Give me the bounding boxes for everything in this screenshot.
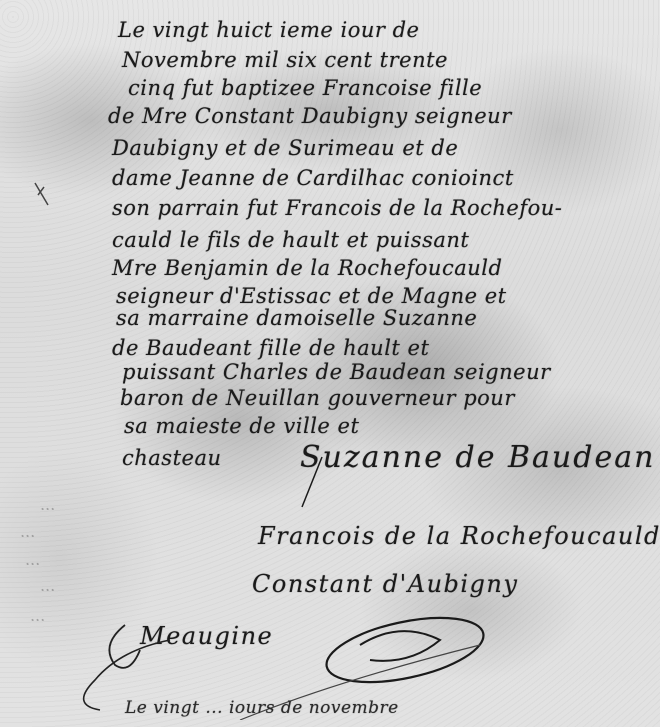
next-record-line: Le vingt ... iours de novembre <box>125 698 399 718</box>
record-line: Daubigny et de Surimeau et de <box>112 136 458 160</box>
record-line: chasteau <box>122 446 222 470</box>
record-line: cauld le fils de hault et puissant <box>112 228 469 252</box>
record-line: Le vingt huict ieme iour de <box>118 18 419 42</box>
bleedthrough-line: ... <box>25 550 40 569</box>
manuscript-page: ... ... ... ... ... Le vingt huict ieme … <box>0 0 660 727</box>
bleedthrough-line: ... <box>40 495 55 514</box>
record-line: puissant Charles de Baudean seigneur <box>122 360 551 384</box>
record-line: baron de Neuillan gouverneur pour <box>120 386 515 410</box>
record-line: dame Jeanne de Cardilhac conioinct <box>112 166 514 190</box>
record-line: sa maieste de ville et <box>124 414 359 438</box>
record-line: son parrain fut Francois de la Rochefou- <box>112 196 562 220</box>
record-line: de Mre Constant Daubigny seigneur <box>108 104 512 128</box>
signature-suzanne-de-baudean: Suzanne de Baudean <box>300 440 655 475</box>
bleedthrough-line: ... <box>20 522 35 541</box>
record-line: seigneur d'Estissac et de Magne et <box>116 284 507 308</box>
signature-constant-daubigny: Constant d'Aubigny <box>252 570 518 598</box>
record-line: sa marraine damoiselle Suzanne <box>116 306 477 330</box>
record-line: cinq fut baptizee Francoise fille <box>128 76 482 100</box>
signature-meaugine: Meaugine <box>140 622 273 650</box>
bleedthrough-line: ... <box>30 606 45 625</box>
record-line: de Baudeant fille de hault et <box>112 336 429 360</box>
bleedthrough-line: ... <box>40 576 55 595</box>
signature-francois-de-la-rochefoucauld: Francois de la Rochefoucauld <box>258 522 660 550</box>
record-line: Mre Benjamin de la Rochefoucauld <box>112 256 502 280</box>
record-line: Novembre mil six cent trente <box>122 48 448 72</box>
